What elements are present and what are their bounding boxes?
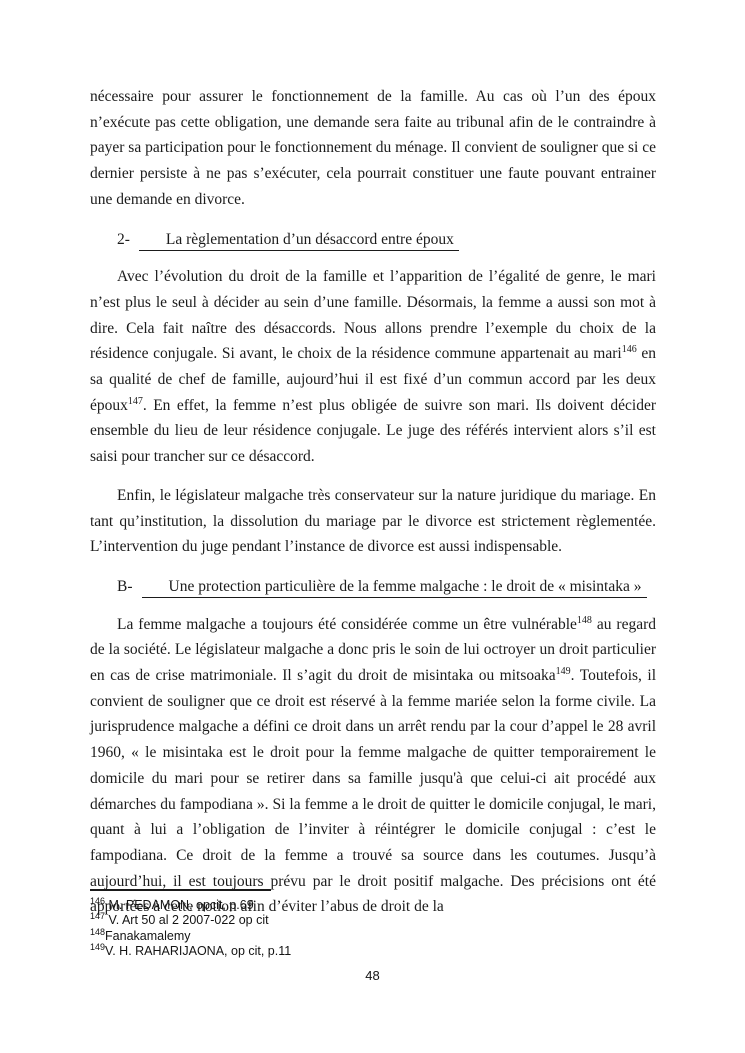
footnote-147-text: V. Art 50 al 2 2007-022 op cit (105, 913, 269, 927)
paragraph-3-text: Enfin, le législateur malgache très cons… (90, 487, 656, 555)
paragraph-2-text: Avec l’évolution du droit de la famille … (90, 268, 656, 362)
footnote-146: 146 M. PEDAMON, opcit, p.69 (90, 898, 656, 913)
footnote-ref-146: 146 (622, 344, 637, 355)
footnote-146-number: 146 (90, 896, 105, 906)
footnote-148-text: Fanakamalemy (105, 929, 190, 943)
section-heading-2-title: La règlementation d’un désaccord entre é… (139, 230, 459, 251)
paragraph-4: La femme malgache a toujours été considé… (90, 612, 656, 920)
paragraph-1-text: nécessaire pour assurer le fonctionnemen… (90, 88, 656, 208)
footnote-ref-149: 149 (556, 666, 571, 677)
section-heading-b-number: B- (117, 578, 133, 595)
page-number: 48 (0, 968, 745, 983)
footnote-148: 148Fanakamalemy (90, 929, 656, 944)
document-page: nécessaire pour assurer le fonctionnemen… (0, 0, 745, 1053)
section-heading-b: B-Une protection particulière de la femm… (90, 574, 656, 600)
paragraph-4-text: . Toutefois, il convient de souligner qu… (90, 667, 656, 915)
footnote-149-number: 149 (90, 942, 105, 952)
paragraph-2: Avec l’évolution du droit de la famille … (90, 264, 656, 470)
paragraph-2-text: . En effet, la femme n’est plus obligée … (90, 397, 656, 465)
paragraph-3: Enfin, le législateur malgache très cons… (90, 483, 656, 560)
footnote-149: 149V. H. RAHARIJAONA, op cit, p.11 (90, 944, 656, 959)
paragraph-4-text: La femme malgache a toujours été considé… (117, 616, 577, 633)
footnote-148-number: 148 (90, 927, 105, 937)
footnotes-section: 146 M. PEDAMON, opcit, p.69 147 V. Art 5… (90, 889, 656, 960)
footnote-ref-148: 148 (577, 615, 592, 626)
footnote-ref-147: 147 (128, 396, 143, 407)
footnote-149-text: V. H. RAHARIJAONA, op cit, p.11 (105, 944, 291, 958)
section-heading-2: 2-La règlementation d’un désaccord entre… (90, 227, 656, 253)
section-heading-2-number: 2- (117, 231, 130, 248)
footnote-147-number: 147 (90, 911, 105, 921)
footnote-146-text: M. PEDAMON, opcit, p.69 (105, 898, 254, 912)
page-body: nécessaire pour assurer le fonctionnemen… (90, 84, 656, 933)
section-heading-b-title: Une protection particulière de la femme … (142, 577, 647, 598)
footnote-147: 147 V. Art 50 al 2 2007-022 op cit (90, 913, 656, 928)
footnote-separator (90, 889, 271, 891)
paragraph-1: nécessaire pour assurer le fonctionnemen… (90, 84, 656, 213)
